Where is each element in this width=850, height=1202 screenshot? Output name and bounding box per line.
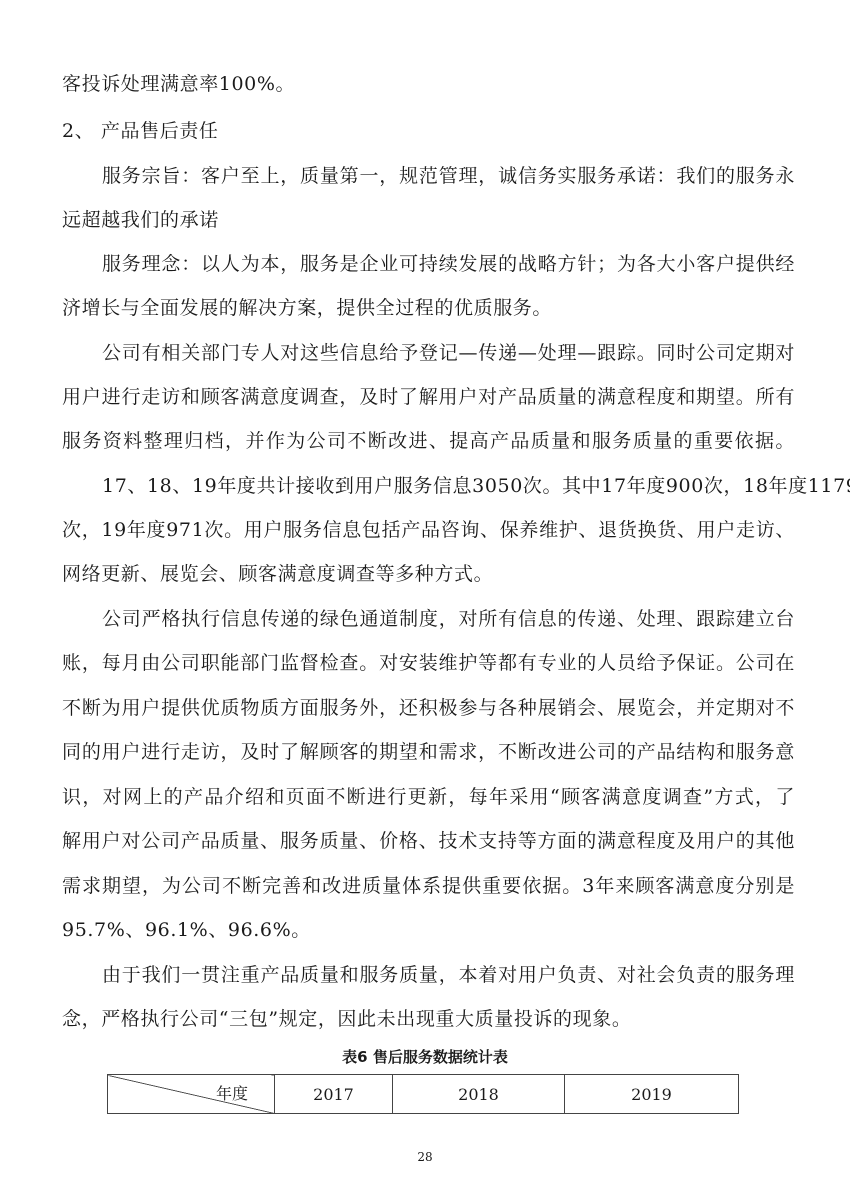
body-text-line: 客投诉处理满意率100%。 (62, 72, 802, 96)
body-text-line: 远超越我们的承诺 (62, 208, 802, 232)
body-text-line: 服务宗旨：客户至上，质量第一，规范管理，诚信务实服务承诺：我们的服务永 (102, 164, 795, 188)
year-header-label: 年度 (216, 1081, 248, 1104)
body-text-line: 17、18、19年度共计接收到用户服务信息3050次。其中17年度900次，18… (102, 474, 795, 498)
table-header-row: 年度 2017 2018 2019 (108, 1075, 739, 1114)
body-text-line: 由于我们一贯注重产品质量和服务质量，本着对用户负责、对社会负责的服务理 (102, 963, 795, 987)
body-text-line: 服务理念：以人为本，服务是企业可持续发展的战略方针；为各大小客户提供经 (102, 252, 795, 276)
body-text-line: 解用户对公司产品质量、服务质量、价格、技术支持等方面的满意程度及用户的其他 (62, 829, 795, 853)
body-text-line: 公司有相关部门专人对这些信息给予登记—传递—处理—跟踪。同时公司定期对 (102, 341, 795, 365)
page-number: 28 (0, 1150, 850, 1164)
table-header-2017: 2017 (275, 1075, 393, 1114)
table-header-2019: 2019 (565, 1075, 739, 1114)
body-text-line: 服务资料整理归档，并作为公司不断改进、提高产品质量和服务质量的重要依据。 (62, 429, 795, 453)
table-header-2018: 2018 (393, 1075, 565, 1114)
body-text-line: 用户进行走访和顾客满意度调查，及时了解用户对产品质量的满意程度和期望。所有 (62, 385, 795, 409)
body-text-line: 不断为用户提供优质物质方面服务外，还积极参与各种展销会、展览会，并定期对不 (62, 696, 795, 720)
after-sales-stats-table: 年度 2017 2018 2019 (107, 1074, 739, 1114)
body-text-line: 账，每月由公司职能部门监督检查。对安装维护等都有专业的人员给予保证。公司在 (62, 651, 795, 675)
body-text-line: 济增长与全面发展的解决方案，提供全过程的优质服务。 (62, 296, 802, 320)
table-caption: 表6 售后服务数据统计表 (0, 1046, 850, 1067)
section-heading: 2、 产品售后责任 (62, 119, 802, 143)
body-text-line: 次，19年度971次。用户服务信息包括产品咨询、保养维护、退货换货、用户走访、 (62, 518, 795, 542)
body-text-line: 念，严格执行公司“三包”规定，因此未出现重大质量投诉的现象。 (62, 1007, 802, 1031)
body-text-line: 识，对网上的产品介绍和页面不断进行更新，每年采用“顾客满意度调查”方式，了 (62, 785, 795, 809)
body-text-line: 公司严格执行信息传递的绿色通道制度，对所有信息的传递、处理、跟踪建立台 (102, 607, 795, 631)
table-corner-cell: 年度 (108, 1075, 275, 1114)
body-text-line: 需求期望，为公司不断完善和改进质量体系提供重要依据。3年来顾客满意度分别是 (62, 874, 795, 898)
body-text-line: 网络更新、展览会、顾客满意度调查等多种方式。 (62, 562, 802, 586)
body-text-line: 同的用户进行走访，及时了解顾客的期望和需求，不断改进公司的产品结构和服务意 (62, 740, 795, 764)
body-text-line: 95.7%、96.1%、96.6%。 (62, 918, 802, 942)
